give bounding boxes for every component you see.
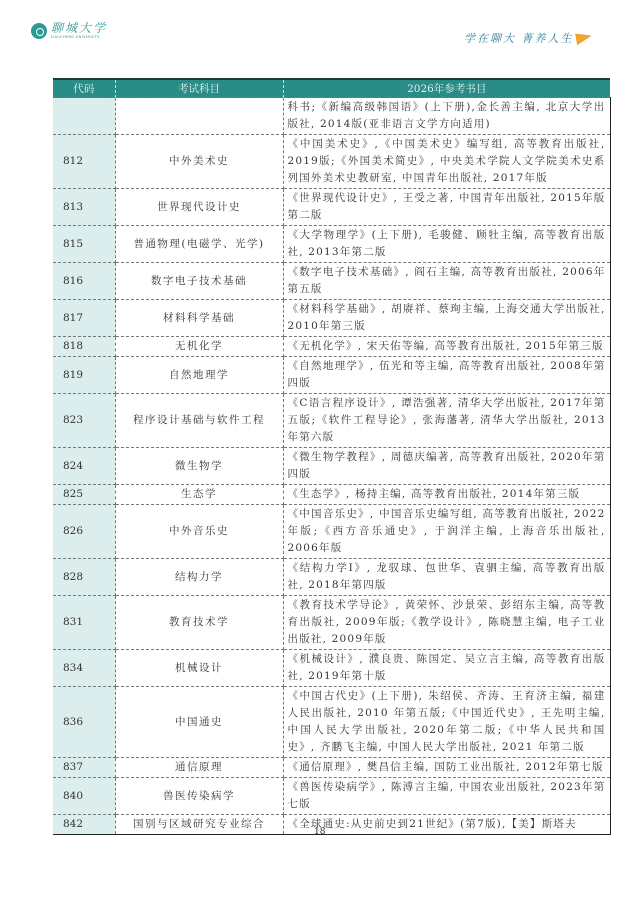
table-row: 823程序设计基础与软件工程《C语言程序设计》, 谭浩强著, 清华大学出版社, … <box>53 394 610 448</box>
row-references: 《机械设计》, 濮良贵、陈国定、吴立言主编, 高等教育出版社, 2019年第十版 <box>283 650 610 687</box>
table-row: 817材料科学基础《材料科学基础》, 胡赓祥、蔡珣主编, 上海交通大学出版社, … <box>53 300 610 337</box>
row-references: 《材料科学基础》, 胡赓祥、蔡珣主编, 上海交通大学出版社, 2010年第三版 <box>283 300 610 337</box>
row-code: 840 <box>53 778 115 815</box>
table-row: 842国别与区域研究专业综合《全球通史:从史前史到21世纪》(第7版),【美】斯… <box>53 815 610 835</box>
row-code: 815 <box>53 226 115 263</box>
row-references: 《无机化学》, 宋天佑等编, 高等教育出版社, 2015年第三版 <box>283 337 610 357</box>
row-subject: 中外音乐史 <box>115 505 283 559</box>
row-code: 812 <box>53 135 115 189</box>
row-references: 科书;《新编高级韩国语》(上下册),金长善主编, 北京大学出版社, 2014版(… <box>283 98 610 135</box>
page-number: 18 <box>314 827 325 837</box>
row-references: 《通信原理》, 樊昌信主编, 国防工业出版社, 2012年第七版 <box>283 758 610 778</box>
row-subject: 兽医传染病学 <box>115 778 283 815</box>
table-row: 828结构力学《结构力学I》, 龙驭球、包世华、袁驷主编, 高等教育出版社, 2… <box>53 559 610 596</box>
row-code: 826 <box>53 505 115 559</box>
table-row: 825生态学《生态学》, 杨持主编, 高等教育出版社, 2014年第三版 <box>53 485 610 505</box>
row-code: 836 <box>53 687 115 758</box>
paper-plane-icon <box>575 31 593 46</box>
row-code: 837 <box>53 758 115 778</box>
row-code: 816 <box>53 263 115 300</box>
row-code: 824 <box>53 448 115 485</box>
table-row: 840兽医传染病学《兽医传染病学》, 陈溥言主编, 中国农业出版社, 2023年… <box>53 778 610 815</box>
row-references: 《数字电子技术基础》, 阎石主编, 高等教育出版社, 2006年第五版 <box>283 263 610 300</box>
row-code: 813 <box>53 189 115 226</box>
row-references: 《大学物理学》(上下册), 毛骏健、顾牡主编, 高等教育出版社, 2013年第二… <box>283 226 610 263</box>
table-row: 824微生物学《微生物学教程》, 周德庆编著, 高等教育出版社, 2020年第四… <box>53 448 610 485</box>
row-subject: 结构力学 <box>115 559 283 596</box>
row-subject: 生态学 <box>115 485 283 505</box>
table-row: 812中外美术史《中国美术史》,《中国美术史》编写组, 高等教育出版社, 201… <box>53 135 610 189</box>
row-references: 《兽医传染病学》, 陈溥言主编, 中国农业出版社, 2023年第七版 <box>283 778 610 815</box>
row-code: 817 <box>53 300 115 337</box>
table-row: 818无机化学《无机化学》, 宋天佑等编, 高等教育出版社, 2015年第三版 <box>53 337 610 357</box>
row-subject: 教育技术学 <box>115 596 283 650</box>
row-code: 823 <box>53 394 115 448</box>
row-references: 《中国音乐史》, 中国音乐史编写组, 高等教育出版社, 2022年版;《西方音乐… <box>283 505 610 559</box>
row-references: 《生态学》, 杨持主编, 高等教育出版社, 2014年第三版 <box>283 485 610 505</box>
slogan-text: 学在聊大 菁养人生 <box>464 30 574 46</box>
table-row: 834机械设计《机械设计》, 濮良贵、陈国定、吴立言主编, 高等教育出版社, 2… <box>53 650 610 687</box>
table-row: 831教育技术学《教育技术学导论》, 黄荣怀、沙景荣、彭绍东主编, 高等教育出版… <box>53 596 610 650</box>
row-references: 《微生物学教程》, 周德庆编著, 高等教育出版社, 2020年第四版 <box>283 448 610 485</box>
row-code: 825 <box>53 485 115 505</box>
row-subject: 程序设计基础与软件工程 <box>115 394 283 448</box>
logo-chinese-name: 聊城大学 <box>51 22 107 34</box>
table-header-row: 代码 考试科目 2026年参考书目 <box>53 79 610 98</box>
row-references: 《C语言程序设计》, 谭浩强著, 清华大学出版社, 2017年第五版;《软件工程… <box>283 394 610 448</box>
column-header-code: 代码 <box>53 79 115 98</box>
row-subject: 通信原理 <box>115 758 283 778</box>
row-subject: 中国通史 <box>115 687 283 758</box>
table-row: 836中国通史《中国古代史》(上下册), 朱绍侯、齐涛、王育济主编, 福建人民出… <box>53 687 610 758</box>
row-subject: 世界现代设计史 <box>115 189 283 226</box>
row-subject: 数字电子技术基础 <box>115 263 283 300</box>
row-code: 828 <box>53 559 115 596</box>
row-subject: 中外美术史 <box>115 135 283 189</box>
row-references: 《教育技术学导论》, 黄荣怀、沙景荣、彭绍东主编, 高等教育出版社, 2009年… <box>283 596 610 650</box>
row-subject: 无机化学 <box>115 337 283 357</box>
row-code: 842 <box>53 815 115 835</box>
row-subject: 材料科学基础 <box>115 300 283 337</box>
row-subject: 机械设计 <box>115 650 283 687</box>
slogan: 学在聊大 菁养人生 <box>464 30 592 46</box>
table-row: 819自然地理学《自然地理学》, 伍光和等主编, 高等教育出版社, 2008年第… <box>53 357 610 394</box>
table-row: 科书;《新编高级韩国语》(上下册),金长善主编, 北京大学出版社, 2014版(… <box>53 98 610 135</box>
row-code: 834 <box>53 650 115 687</box>
row-references: 《中国美术史》,《中国美术史》编写组, 高等教育出版社, 2019版;《外国美术… <box>283 135 610 189</box>
table-row: 813世界现代设计史《世界现代设计史》, 王受之著, 中国青年出版社, 2015… <box>53 189 610 226</box>
row-subject <box>115 98 283 135</box>
row-references: 《全球通史:从史前史到21世纪》(第7版),【美】斯塔夫 <box>283 815 610 835</box>
table-row: 826中外音乐史《中国音乐史》, 中国音乐史编写组, 高等教育出版社, 2022… <box>53 505 610 559</box>
row-subject: 国别与区域研究专业综合 <box>115 815 283 835</box>
row-subject: 自然地理学 <box>115 357 283 394</box>
table-row: 815普通物理(电磁学、光学)《大学物理学》(上下册), 毛骏健、顾牡主编, 高… <box>53 226 610 263</box>
row-code: 831 <box>53 596 115 650</box>
logo-english-name: LIAOCHENG UNIVERSITY <box>51 36 107 40</box>
row-subject: 微生物学 <box>115 448 283 485</box>
row-code <box>53 98 115 135</box>
table-row: 837通信原理《通信原理》, 樊昌信主编, 国防工业出版社, 2012年第七版 <box>53 758 610 778</box>
column-header-references: 2026年参考书目 <box>283 79 610 98</box>
university-logo: 聊城大学 LIAOCHENG UNIVERSITY <box>31 22 107 40</box>
row-references: 《世界现代设计史》, 王受之著, 中国青年出版社, 2015年版第二版 <box>283 189 610 226</box>
row-code: 819 <box>53 357 115 394</box>
reference-books-table: 代码 考试科目 2026年参考书目 科书;《新编高级韩国语》(上下册),金长善主… <box>53 78 611 835</box>
table-row: 816数字电子技术基础《数字电子技术基础》, 阎石主编, 高等教育出版社, 20… <box>53 263 610 300</box>
row-subject: 普通物理(电磁学、光学) <box>115 226 283 263</box>
logo-emblem-icon <box>31 23 47 39</box>
row-references: 《中国古代史》(上下册), 朱绍侯、齐涛、王育济主编, 福建人民出版社, 201… <box>283 687 610 758</box>
row-references: 《自然地理学》, 伍光和等主编, 高等教育出版社, 2008年第四版 <box>283 357 610 394</box>
row-references: 《结构力学I》, 龙驭球、包世华、袁驷主编, 高等教育出版社, 2018年第四版 <box>283 559 610 596</box>
row-code: 818 <box>53 337 115 357</box>
column-header-subject: 考试科目 <box>115 79 283 98</box>
